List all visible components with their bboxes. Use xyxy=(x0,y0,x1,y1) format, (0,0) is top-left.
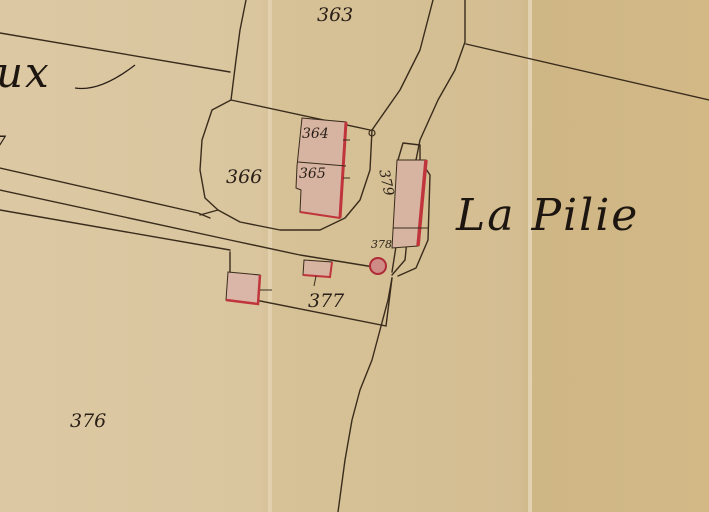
parcel-label-376: 376 xyxy=(70,410,106,432)
parcel-label-377: 377 xyxy=(308,290,344,312)
parcel-boundaries xyxy=(0,0,709,512)
parcel-label-378: 378 xyxy=(371,238,392,251)
place-name-partial-left: ux xyxy=(0,48,51,97)
parcel-label-366: 366 xyxy=(226,166,262,188)
cadastral-map: ux La Pilie 363 364 365 366 376 377 378 … xyxy=(0,0,709,512)
parcel-label-left-edge: 7 xyxy=(0,132,6,154)
parcel-label-364: 364 xyxy=(302,126,329,142)
parcel-label-363: 363 xyxy=(317,4,353,26)
place-name-la-piliere: La Pilie xyxy=(456,190,639,241)
parcel-label-365: 365 xyxy=(299,166,326,182)
